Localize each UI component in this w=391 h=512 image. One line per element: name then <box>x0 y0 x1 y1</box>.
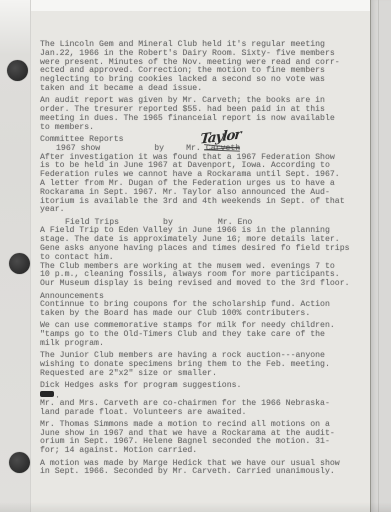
text-line: Our Museum display is being revised and … <box>40 280 366 289</box>
handwritten-correction: Taylor <box>200 130 241 144</box>
struck-out-name: CarvethTaylor <box>206 145 240 154</box>
page-bottom-shadow <box>0 502 391 512</box>
punch-hole-bottom <box>9 452 30 473</box>
text-line: Dick Hedges asks for program suggestions… <box>40 382 366 391</box>
text-line: for; 14 against. Motion carried. <box>40 447 366 456</box>
punch-hole-middle <box>9 253 30 274</box>
text-line: year. <box>40 206 366 215</box>
text-line: taken and it became a dead issue. <box>40 85 366 94</box>
paragraph: Mr. Thomas Simmons made a motion to reci… <box>40 421 366 456</box>
paragraph: We can use commemorative stamps for milk… <box>40 322 366 348</box>
punch-hole-top <box>7 60 28 81</box>
paragraph: Continnue to bring coupons for the schol… <box>40 301 366 319</box>
ink-smudge <box>40 391 54 398</box>
paragraph: A motion was made by Marge Hedick that w… <box>40 460 366 478</box>
text-line: land parade float. Volunteers are awaite… <box>40 409 366 418</box>
text-line: Requested are 2"x2" size or smaller. <box>40 370 366 379</box>
scanner-top-band <box>0 0 391 11</box>
page-right-edge <box>370 0 391 512</box>
document-body: The Lincoln Gem and Mineral Club held it… <box>40 41 366 481</box>
paragraph: The Lincoln Gem and Mineral Club held it… <box>40 41 366 94</box>
text-line: taken by the Board has made our Club 100… <box>40 310 366 319</box>
paragraph: The Junior Club members are having a roc… <box>40 352 366 378</box>
paragraph: After investigation it was found that a … <box>40 154 366 216</box>
paragraph: A Field Trip to Eden Valley in June 1966… <box>40 227 366 289</box>
text-line: itorium is available the 3rd and 4th wee… <box>40 198 366 207</box>
page-right-edge-line <box>378 0 379 512</box>
paragraph: An audit report was given by Mr. Carveth… <box>40 97 366 132</box>
strike-mark <box>204 150 240 153</box>
paragraph: Mr. and Mrs. Carveth are co-chairmen for… <box>40 400 366 418</box>
paragraph: Dick Hedges asks for program suggestions… <box>40 382 366 391</box>
text-line: milk program. <box>40 340 366 349</box>
scanned-page: The Lincoln Gem and Mineral Club held it… <box>0 0 391 512</box>
text-line: in Sept. 1966. Seconded by Mr. Carveth. … <box>40 468 366 477</box>
